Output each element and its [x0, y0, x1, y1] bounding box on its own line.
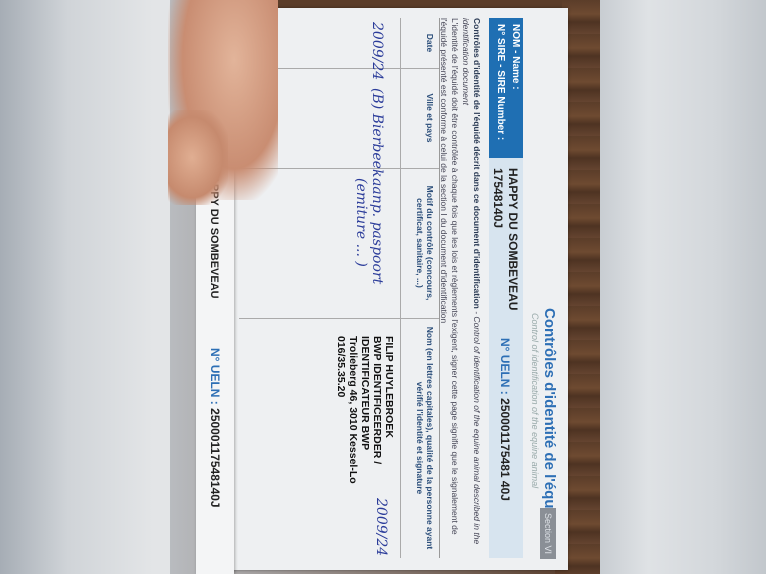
- verifier-stamp: FILIP HUYLEBROEK BWP IDENTIFICEERDER / I…: [335, 336, 395, 484]
- intro-heading: Contrôles d'identité de l'équidé décrit …: [472, 18, 482, 309]
- intro-body: L'identité de l'équidé doit être contrôl…: [439, 18, 460, 535]
- strip-ueln-number: 25000117548140J: [208, 408, 222, 507]
- blurred-background-left: [0, 0, 170, 574]
- section-badge: Section VI: [540, 508, 556, 559]
- stamp-line: Trolieberg 46, 3010 Kessel-Lo: [347, 336, 359, 484]
- ueln: N° UELN : 250001175481 40J: [498, 338, 512, 501]
- signature-date: 2009/24: [373, 498, 389, 556]
- strip-ueln: N° UELN : 25000117548140J: [208, 348, 222, 508]
- finger: [168, 110, 228, 205]
- horse-name: HAPPY DU SOMBEVEAU: [506, 168, 520, 310]
- stamp-line: BWP IDENTIFICEERDER /: [371, 336, 383, 484]
- strip-ueln-label: N° UELN :: [208, 348, 222, 405]
- name-label: NOM - Name :: [508, 18, 523, 158]
- sire-number: 17548140J: [491, 168, 505, 228]
- stamp-line: 016/35.35.20: [335, 336, 347, 484]
- col-place-header: Ville et pays: [400, 68, 439, 168]
- entry-date: 2009/24: [369, 22, 385, 80]
- page-title: Contrôles d'identité de l'équidé: [541, 308, 558, 530]
- stamp-line: IDENTIFICATEUR BWP: [359, 336, 371, 484]
- passport-page: Contrôles d'identité de l'équidé Control…: [232, 8, 568, 570]
- entry-place: (B) Bierbeek: [369, 88, 385, 177]
- col-verifier-header: Nom (en lettres capitales), qualité de l…: [400, 318, 439, 558]
- ueln-label: N° UELN :: [498, 338, 512, 395]
- ueln-number: 250001175481 40J: [498, 398, 512, 501]
- sire-label: N° SIRE - SIRE Number :: [493, 18, 508, 158]
- col-reason-header: Motif du contrôle (concours, certificat,…: [400, 168, 439, 318]
- stamp-line: FILIP HUYLEBROEK: [383, 336, 395, 484]
- id-labels: NOM - Name : N° SIRE - SIRE Number :: [489, 18, 523, 158]
- blurred-background-right: [598, 0, 766, 574]
- entry-reason: aanp. paspoort (emiture ... ): [353, 178, 385, 318]
- intro-text: Contrôles d'identité de l'équidé décrit …: [438, 18, 482, 548]
- col-date-header: Date: [400, 18, 439, 68]
- page-subtitle: Control of identification of the equine …: [530, 313, 540, 488]
